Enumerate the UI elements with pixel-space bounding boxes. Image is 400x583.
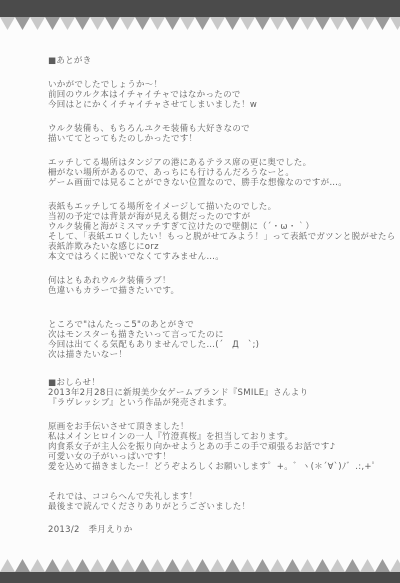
announcement-detail: 原画をお手伝いさせて頂きました！私はメインヒロインの一人『竹澄真桜』を担当してお… <box>48 422 380 472</box>
text-line: 愛を込めて描きましたー！どうぞよろしくお願いします゜+。゛ヽ(＊´∀`)ﾉ゛.:… <box>48 462 380 472</box>
text-line: 柵がない場所があるので、あっちにも行けるんだろうなーと。 <box>48 168 380 178</box>
closing-lines: それでは、ココらへんで失礼します！最後まで読んでくださりありがとうございました！ <box>48 492 380 512</box>
text-line: そして、「表紙エロくしたい！もっと脱がせてみよう！」って表紙でガツンと脱がせたら <box>48 232 380 242</box>
text-line: 私はメインヒロインの一人『竹澄真桜』を担当しております。 <box>48 432 380 442</box>
text-line: ところで"はんたっこ5"のあとがきで <box>48 320 380 330</box>
zigzag-border-bottom <box>0 559 400 572</box>
closing-section: それでは、ココらへんで失礼します！最後まで読んでくださりありがとうございました！… <box>48 492 380 535</box>
text-line: 肉食系女子が主人公を振り向かせようとあの手この手で頑張るお話です♪ <box>48 442 380 452</box>
text-line: 何はともあれウルク装備ラブ！ <box>48 276 380 286</box>
text-line: 最後まで読んでくださりありがとうございました！ <box>48 502 380 512</box>
text-line: 今回はとにかくイチャイチャさせてしまいました！w <box>48 100 380 110</box>
text-line: 可愛い女の子がいっぱいです！ <box>48 452 380 462</box>
paragraph: 表紙もエッチしてる場所をイメージして描いたのでした。当初の予定では背景が海が見え… <box>48 202 380 262</box>
text-line: ウルク装備と海がミスマッチすぎて泣けたので壁側に（´・ω・｀） <box>48 222 380 232</box>
text-line: 今回は出てくる気配もありませんでした…(´ Д `;) <box>48 340 380 350</box>
text-line: ウルク装備も、もちろんユクモ装備も大好きなので <box>48 124 380 134</box>
bottom-border-band <box>0 572 400 583</box>
paragraph: 何はともあれウルク装備ラブ！色違いもカラーで描きたいです。 <box>48 276 380 296</box>
text-line: 2013年2月28日に新規美少女ゲームブランド『SMILE』さんより <box>48 388 380 398</box>
text-line: それでは、ココらへんで失礼します！ <box>48 492 380 502</box>
text-line: 当初の予定では背景が海が見える側だったのですが <box>48 212 380 222</box>
announcement-intro: 2013年2月28日に新規美少女ゲームブランド『SMILE』さんより『ラヴレッシ… <box>48 388 380 408</box>
afterword-body: いかがでしたでしょうか～！前回のウルク本はイチャイチャではなかったので今回はとに… <box>48 80 380 360</box>
paragraph: いかがでしたでしょうか～！前回のウルク本はイチャイチャではなかったので今回はとに… <box>48 80 380 110</box>
text-line: 本文ではろくに脱いでなくてすみません…。 <box>48 252 380 262</box>
announcement-section: ■おしらせ！ 2013年2月28日に新規美少女ゲームブランド『SMILE』さんよ… <box>48 378 380 472</box>
text-line: 表紙もエッチしてる場所をイメージして描いたのでした。 <box>48 202 380 212</box>
text-line: 前回のウルク本はイチャイチャではなかったので <box>48 90 380 100</box>
page-content: ■あとがき いかがでしたでしょうか～！前回のウルク本はイチャイチャではなかったの… <box>0 30 400 535</box>
text-line: 次は描きたいなー！ <box>48 350 380 360</box>
afterword-page: ■あとがき いかがでしたでしょうか～！前回のウルク本はイチャイチャではなかったの… <box>0 0 400 583</box>
paragraph: エッチしてる場所はタンジアの港にあるテラス席の更に奥でした。柵がない場所があるの… <box>48 158 380 188</box>
afterword-heading: ■あとがき <box>48 56 380 66</box>
text-line: 表紙詐欺みたいな感じにorz <box>48 242 380 252</box>
text-line: 原画をお手伝いさせて頂きました！ <box>48 422 380 432</box>
text-line: 色違いもカラーで描きたいです。 <box>48 286 380 296</box>
zigzag-border-top <box>0 17 400 30</box>
announcement-heading: ■おしらせ！ <box>48 378 380 388</box>
text-line: 『ラヴレッシブ』という作品が発売されます。 <box>48 398 380 408</box>
signature: 2013/2 季月えりか <box>48 525 380 535</box>
paragraph: ウルク装備も、もちろんユクモ装備も大好きなので描いててとってもたのしかったです！ <box>48 124 380 144</box>
text-line: いかがでしたでしょうか～！ <box>48 80 380 90</box>
text-line: 描いててとってもたのしかったです！ <box>48 134 380 144</box>
text-line: ゲーム画面では見ることができない位置なので、勝手な想像なのですが…。 <box>48 178 380 188</box>
text-line: 次はモンスターも描きたいって言ってたのに <box>48 330 380 340</box>
text-line: エッチしてる場所はタンジアの港にあるテラス席の更に奥でした。 <box>48 158 380 168</box>
top-border-band <box>0 0 400 17</box>
bottom-border <box>0 559 400 583</box>
paragraph: ところで"はんたっこ5"のあとがきで次はモンスターも描きたいって言ってたのに今回… <box>48 320 380 360</box>
